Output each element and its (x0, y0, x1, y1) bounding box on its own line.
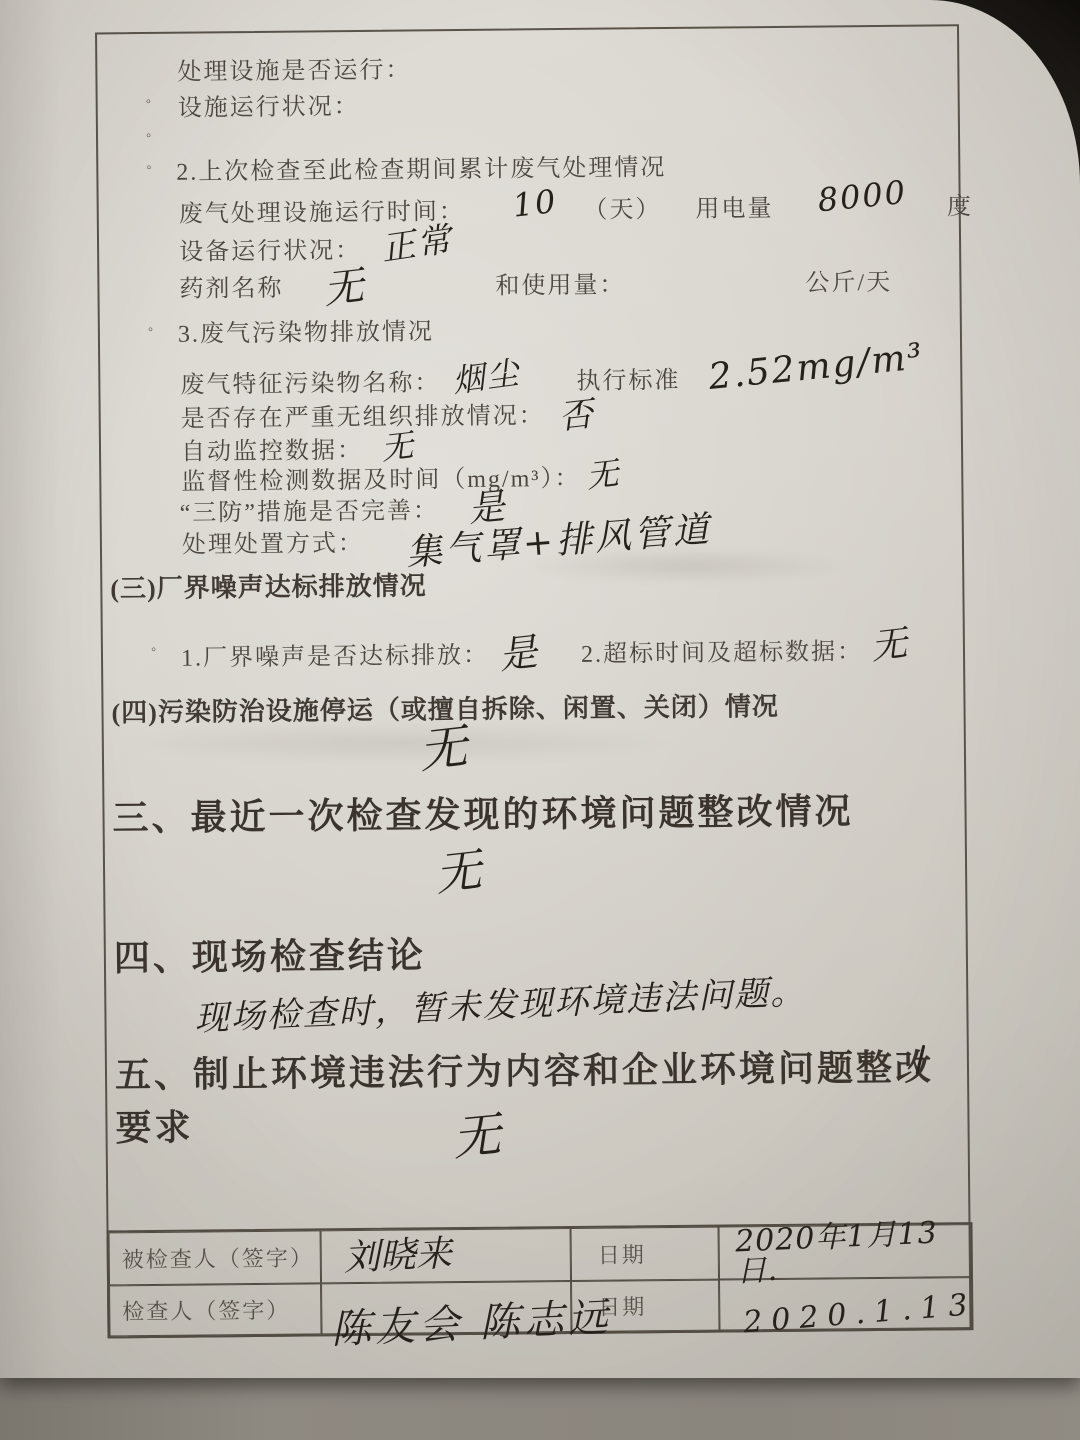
inspected-person-date-cell: 2020年1月13日. (719, 1224, 971, 1279)
agent-name-label: 药剂名称 (179, 276, 283, 303)
disposal-value-handwritten: 集气罩+排风管道 (405, 512, 713, 572)
power-value-handwritten: 8000 (816, 176, 908, 216)
bullet-icon: ◦ (146, 94, 151, 111)
part5-value-handwritten: 无 (450, 1111, 502, 1163)
inspected-person-signature-cell: 刘晓来 (321, 1228, 571, 1283)
noise-q1-label: 1.厂界噪声是否达标排放： (181, 643, 489, 672)
document-photo: { "colors": { "paper": "#d6d2cb", "desk_… (0, 0, 1080, 1440)
noise-q2-value-handwritten: 无 (869, 626, 911, 666)
inspected-person-label-cell: 被检查人（签字） (109, 1230, 321, 1285)
agent-name-value-handwritten: 无 (321, 266, 367, 311)
bullet-icon: ◦ (146, 160, 151, 177)
device-status-value-handwritten: 正常 (379, 222, 455, 266)
desk-surface-bottom (0, 1374, 1080, 1440)
bullet-icon: ◦ (148, 322, 153, 339)
inspector-label-cell: 检查人（签字） (109, 1283, 321, 1336)
item3-heading: 3.废气污染物排放情况 (178, 311, 434, 348)
inspector-signature-handwritten: 陈友会 陈志远 (330, 1297, 612, 1349)
inspected-person-label: 被检查人（签字） (122, 1241, 314, 1274)
paper-sheet: 处理设施是否运行： ◦ 设施运行状况： ◦ ◦ 2.上次检查至此检查期间累计废气… (0, 0, 1080, 1378)
disposal-line: 处理处置方式：集气罩+排风管道 (182, 519, 712, 560)
fugitive-value-handwritten: 否 (557, 397, 597, 435)
power-label: 用电量 (695, 196, 773, 223)
part4-heading: 四、现场检查结论 (114, 929, 427, 985)
disposal-label: 处理处置方式： (182, 531, 364, 559)
part3-heading: 三、最近一次检查发现的环境问题整改情况 (112, 785, 853, 845)
runtime-value-handwritten: 10 (511, 185, 559, 222)
pollutant-line: 废气特征污染物名称：烟尘执行标准2.52mg/m³ (180, 357, 924, 400)
agent-line: 药剂名称无和使用量：公斤/天 (179, 257, 892, 304)
date-label: 日期 (598, 1238, 646, 1269)
section3-heading: (三)厂界噪声达标排放情况 (110, 565, 427, 605)
power-unit: 度 (947, 194, 973, 220)
inspected-person-signature-handwritten: 刘晓来 (343, 1236, 453, 1277)
inspector-signature-cell: 陈友会 陈志远 (321, 1281, 571, 1334)
standard-value-handwritten: 2.52mg/m³ (707, 339, 926, 396)
inspected-person-date-handwritten: 2020年1月13日. (735, 1217, 971, 1287)
agent-usage-unit: 公斤/天 (805, 270, 892, 297)
pollutant-label: 废气特征污染物名称： (180, 370, 440, 398)
fugitive-label: 是否存在严重无组织排放情况： (181, 403, 545, 432)
noise-line: 1.厂界噪声是否达标排放：是2.超标时间及超标数据：无 (181, 627, 909, 673)
form-border-box: 处理设施是否运行： ◦ 设施运行状况： ◦ ◦ 2.上次检查至此检查期间累计废气… (95, 24, 971, 1338)
agent-usage-label: 和使用量： (495, 272, 625, 299)
section4-value-handwritten: 无 (416, 723, 469, 776)
facility-running-label: 处理设施是否运行： (177, 49, 411, 86)
inspector-label: 检查人（签字） (122, 1294, 290, 1327)
date-label-cell: 日期 (571, 1227, 720, 1281)
signature-table: 被检查人（签字） 刘晓来 日期 2020年1月13日. 检查人（签字） 陈友会 … (107, 1222, 974, 1338)
noise-q1-value-handwritten: 是 (497, 632, 541, 674)
part5-heading: 五、制止环境违法行为内容和企业环境问题整改要求 (115, 1041, 952, 1156)
bullet-icon: ◦ (146, 128, 151, 145)
part3-value-handwritten: 无 (433, 847, 484, 898)
runtime-unit: （天） (583, 197, 661, 224)
part4-conclusion-handwritten: 现场检查时，暂未发现环境违法问题。 (194, 975, 807, 1036)
item2-heading: 2.上次检查至此检查期间累计废气处理情况 (176, 147, 666, 187)
bullet-icon: ◦ (151, 642, 156, 659)
noise-q2-label: 2.超标时间及超标数据： (581, 639, 863, 668)
standard-label: 执行标准 (576, 368, 680, 395)
runtime-line: 废气处理设施运行时间：10（天）用电量8000度 (179, 186, 973, 229)
inspector-date-handwritten: 2020.1.13 (742, 1289, 977, 1337)
facility-status-label: 设施运行状况： (178, 86, 360, 123)
supervisory-value-handwritten: 无 (585, 457, 622, 493)
pollutant-value-handwritten: 烟尘 (451, 356, 523, 397)
